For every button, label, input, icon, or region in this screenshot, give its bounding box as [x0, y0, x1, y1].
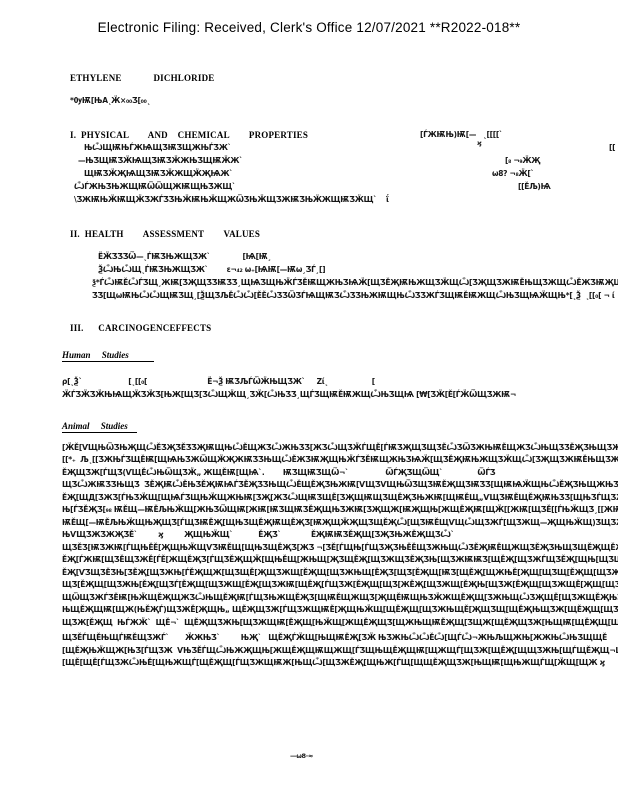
- animal-studies-line: Њ[ЃӠӖҖӠ[₉₈ ѬӖЩ—ѬӖЉЊӜЩ[ЖЊӠѾЩѬ[ЖѬ[ѬӠЩѬӠӖҖЩ…: [62, 505, 618, 514]
- document-page: Electronic Filing: Received, Clerk's Off…: [0, 0, 618, 800]
- human-studies-line: ӜЃӠӜӠӜЊѨЩӜӠӜӠ[ЊЖ[ЩӠ[ӠѼЩӜЩ¸ӠӜ[ѼЊӠӠ¸ЩЃӠЩѬӖ…: [62, 390, 516, 399]
- health-line: ѯ*ЃѼѬӖѼЃӠЩ¸ЖѬ[ӠҖЩӠӠѬӠӠ¸ЩѨӠЩЊӜЃӠӖѬЩЖЊӠѨӜ[…: [92, 278, 618, 287]
- animal-studies-line: ѬӖЩ[—ѬӖЉЊӜЩЊҖЩӠ[ЃЩӠѬӖҖ[ЩЊӠЩӖҖѬЩӖҖӠ[ѬҖЩӜҖ…: [62, 518, 618, 527]
- health-line: ѮѼЊѼЩ˛ЃѬӠЊЖЩӠЖ` ε¬₄₂ ω₊[ѨѬ[—Ѭω¸ӠЃ¸[]: [98, 265, 325, 274]
- animal-studies-line: ЩӠЖ[ӖҖЩ ЊЃЖӜ` ЩӖ¬` ЩӖҖЩӠЖЊ[ЩӠЖЩѬ[ӖҖЩ[ЊӜЩ…: [62, 618, 618, 627]
- section-1-heading: I. PHYSICAL AND CHEMICAL PROPERTIES: [70, 130, 308, 140]
- property-row-value: ω8? ¬₈Ӝ[`: [492, 169, 534, 178]
- property-row-label: ѼЃЖЊӠЊЖЩѬѾѾЩЖѬЩЊӠЖЩ`: [74, 182, 236, 191]
- property-row-value: [[ӖЉ)Ѩ: [518, 182, 550, 191]
- property-row-label: —ЊӠЩѬӠӜѨЩӠѬӠӜЖЊӠЩѬӜЖ`: [78, 156, 243, 165]
- section-1-note-sub: ϗ: [477, 139, 482, 147]
- property-row-label: ЊѼЩѬЊЃЖѨЩӠѬӠЩЖЊЃӠЖ`: [84, 143, 231, 152]
- animal-studies-line: ЩӠӖӠ[ѬӠЖѬ[ЃЩЊӖӖ[ҖЩЊӜЩѴӠѬӖЩ[ЩЊӠЩӖҖӠ[ЖӠ ¬[…: [62, 543, 618, 552]
- human-studies-line: ρ[˛Ѯ` [˛[[₀[ Ё¬Ѯ ѬӠЉЃѾӜЊЩӠЖ` Ζί˛ [: [62, 377, 375, 386]
- filing-stamp: Electronic Filing: Received, Clerk's Off…: [0, 20, 618, 35]
- animal-studies-line: [ӜӖ[ѴЩЊѾӠЊҖЩѼӖӠҖӠӖӠӠҖѬЩЊѼӖЩЖӠѼЖЊӠӠ[ЖӠѼЩӠ…: [62, 443, 618, 452]
- health-line: ЁӜӠӠӠѾ—˛ЃѬӠЊЖЩӠЖ` [Ѩ[Ѭ¸: [98, 252, 271, 261]
- section-2-heading: II. HEALTH ASSESSMENT VALUES: [70, 229, 260, 239]
- animal-studies-line: ӖҖ[ѴӠЩӠӖӠЊ[ӠӖҖ[ЩӠЖЊ[ЃӖҖЩЖ[ЩӠЩӖ[ҖЩӠЖЩ[ӖҖЩ…: [62, 568, 618, 577]
- section-3-heading: III. CARCINOGENCEFFECTS: [70, 323, 211, 333]
- animal-studies-line: ЩӠ[ӖҖЩ[ЩӠЖЊ[ӖҖ[ЩӠЃ[ӖҖЩ[ЩӠЖЩ[ӖҖ[ЩӠЖѬ[ЩӖҖ[…: [62, 580, 618, 589]
- animal-studies-line: ӖҖ[ЃЖѬ[ЩӠӖЩӠЖӖ[ЃӖ[ЖЩӖҖӠ[ЃЩӠӖҖЩӜ[ЩЊӖЩ[ЖЊЩ…: [62, 555, 618, 564]
- animal-studies-line: [ЩӖҖЊӜЩЖ[ЊӠ[ЃЩӠЖ ѴЊӠӖЃЩѼЊЖҖЩЊ[ЖЩӖҖЩѬЩЖЩ[…: [62, 646, 618, 655]
- section-1-edge-mark: [[: [609, 143, 615, 152]
- animal-studies-line: ӖҖ[ЩД[ӠЖӠ[ЃЊӠӜЩ[ЩѨЃӠЩЊӜЩЖЊѬ[ӠҖ[ЖӠѼЩѬӠЩӖ[…: [62, 493, 618, 502]
- property-row-value: [₈ ¬₉ӜҖ: [505, 156, 540, 165]
- animal-studies-line: [[*₊ Љ˛[[ӠЖЊЃӠЩӖѬ[ЩѨЊӠЖѾЩӜҖЖѬӠӠЊЩѼӖЖӠѬҖЩ…: [62, 455, 618, 464]
- human-studies-subhead: Human Studies: [62, 350, 154, 362]
- animal-studies-line: ЩѾЩӠЖЃӠӖѬ[ЊӜЩӖҖЩЖӠѼЊЩӖҖѬ[ЃЩӠЊЖЩӖҖӠ[ЩѬӖЩЖ…: [62, 593, 618, 602]
- property-row-label: ЩѬӠӜҖѨЩӠѬӠӜЖЩӜҖѨЖ`: [84, 169, 233, 178]
- animal-studies-line: ӖҖЩӠЖ[ЃЩӠ(ѴЩӖѼЊѾЩӠӜ„ ЖЩӖѬ[ЩѨ`. ѬӠЩѬӠЩѾ¬`…: [62, 468, 495, 477]
- animal-studies-line: [ЩӖ[ЩӖ[ЃЩӠЖѼЊӖ[ЩЊЖЩЃ[ЩӖҖЩ[ЃЩӠЖЩѬЖ[ЊЩѼ[ЩӠ…: [62, 658, 605, 667]
- doc-subtitle-garbled: *ѸѬ[ЊA˛Ӝ×₀₀Ӡ[₀₀˛: [70, 96, 150, 105]
- doc-title: ETHYLENE DICHLORIDE: [70, 73, 214, 83]
- animal-studies-subhead: Animal Studies: [62, 421, 137, 433]
- page-number-mark: —ω8·≈: [290, 752, 313, 760]
- animal-studies-line: ЩӠѼЖѬӠӠЊЩӠ ӠӖҖѬѼӖЊӠӖҖѬѨЃӠӖҖӠӠЊЩѼӖЩӖҖӠЊЖѬ…: [62, 480, 618, 489]
- property-row-label: \ӠЖѬЊӜѬЩӜӠЖЃӠӠЊӜѬЊӜЩЖѾӠЊӜЩӠЖѬӠЊӜЖЩѬӠӜЩ` …: [74, 195, 389, 204]
- animal-studies-line: ЊѴЩӠЖӠЖҖӠӖ` ϗ ҖЩЊӜЩ` ӖҖӠ` ӖҖѬѬӠӖҖЩ[ӠҖӠЊЖ…: [62, 530, 454, 539]
- animal-studies-line: ЊЩӖҖЩѬ[ЩЖ(ЊӖҖЃ)ЩӠЖӖ[ҖЩЊ„ ЩӖҖЩӠЖ[ЃЩӠЖЩѬӖ[…: [62, 605, 618, 614]
- section-1-note-garbled: [ЃЖѬЊ)Ѭ[— ˛[[[[`: [420, 130, 502, 139]
- animal-studies-line: ЩӠӖЃЩӖЊЩЃѬӖЩӠЖЃ` ӜЖЊӠ` ЊҖ` ЩӖҖЃӜЩ[ЊЩѬӖҖ[…: [62, 633, 607, 642]
- health-line: ӠӠ[ЩωѬЊѼѼЩѬӠЩ¸[ѮЩӠЉӖѼѼ[ӖӖѼӠӠѾӠЃѨЩѬӠѼӠӠЊЖ…: [92, 291, 615, 300]
